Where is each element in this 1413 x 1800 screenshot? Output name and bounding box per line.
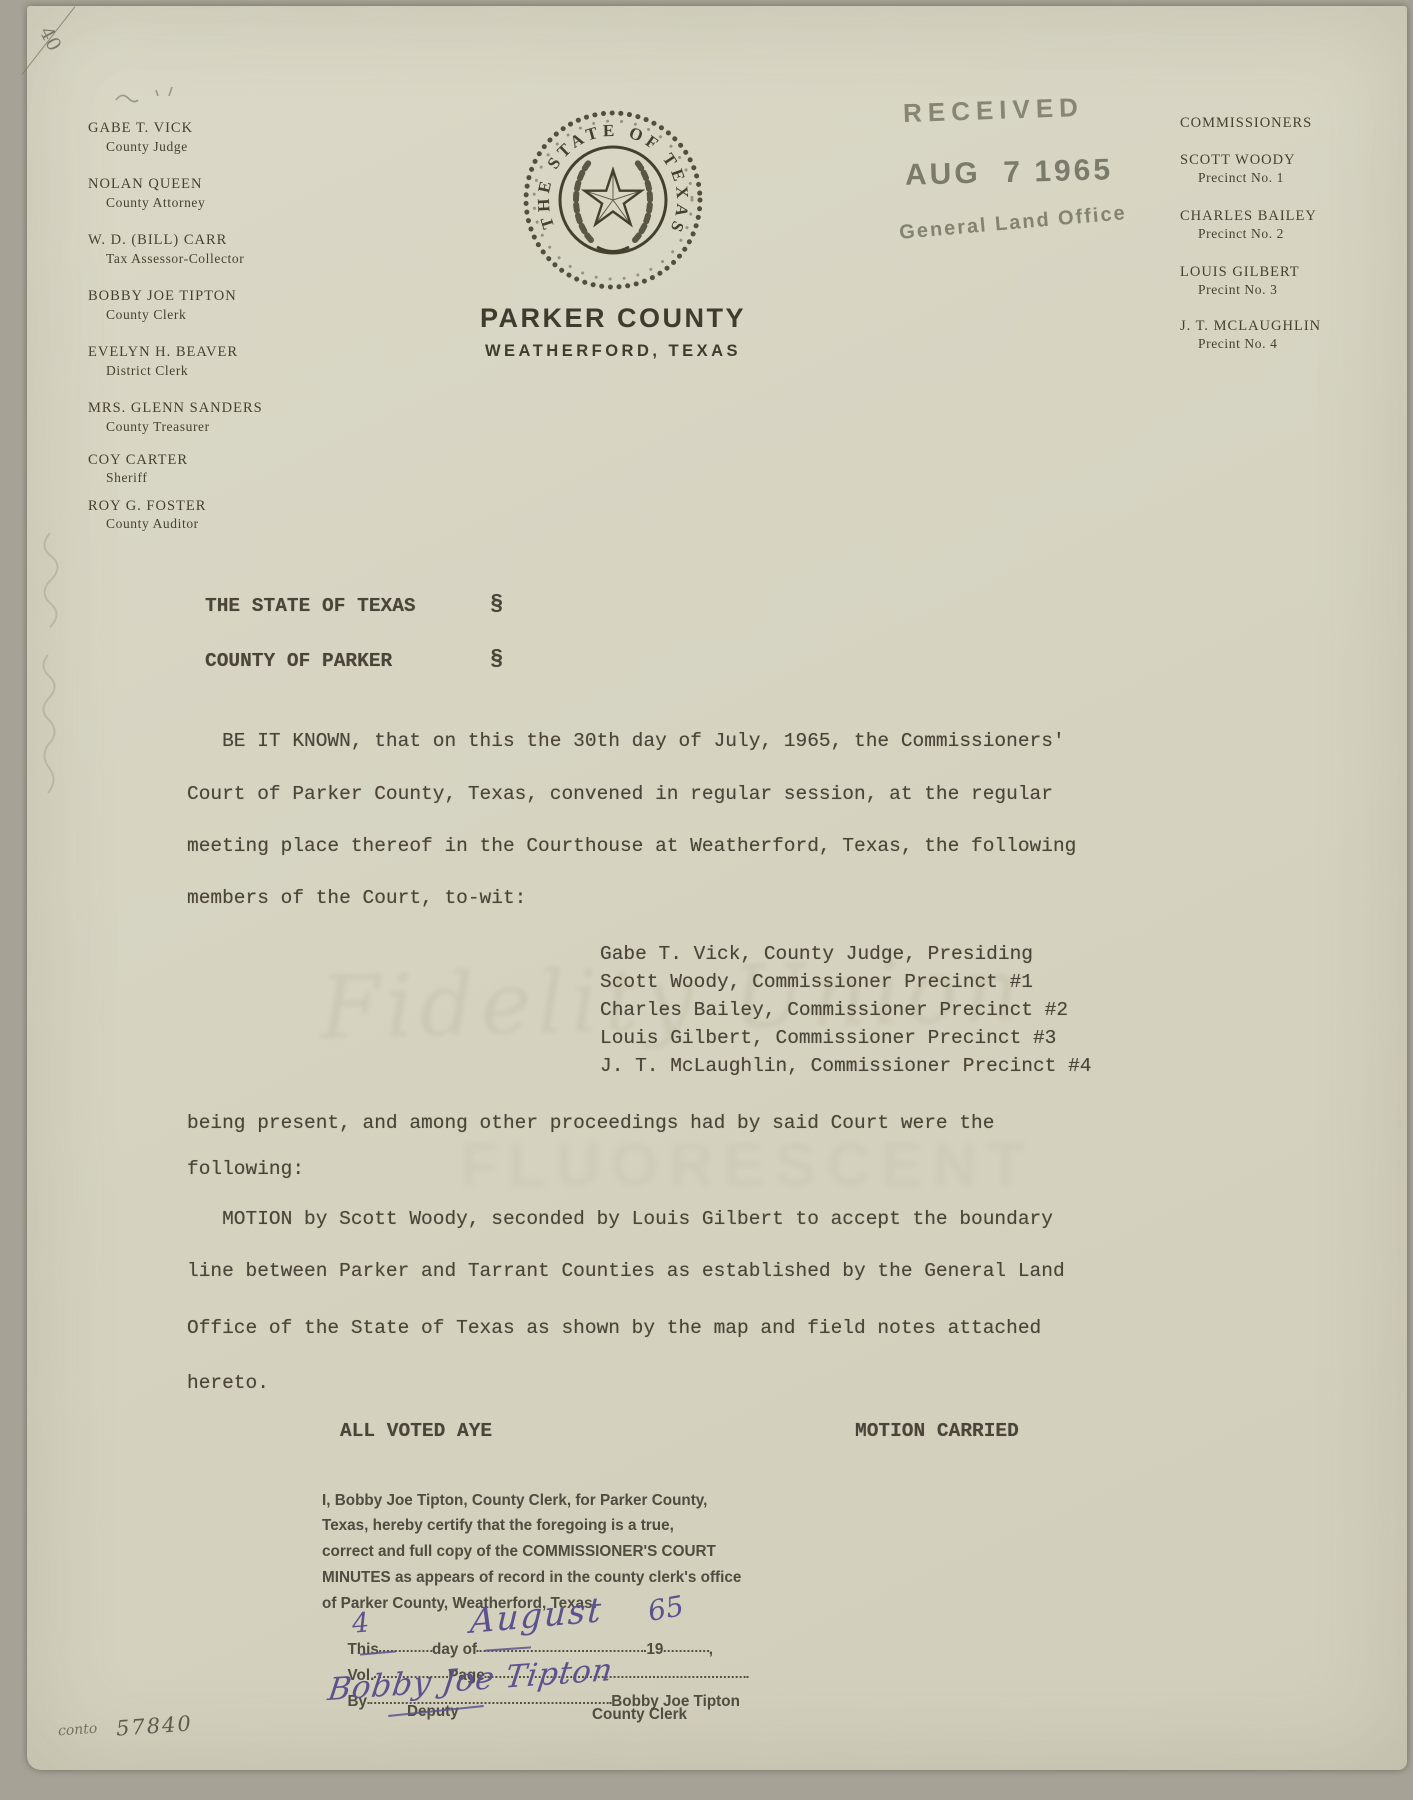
body-line: MOTION by Scott Woody, seconded by Louis… — [187, 1208, 1053, 1230]
handwritten-year: 65 — [645, 1589, 686, 1628]
official-name: NOLAN QUEEN — [88, 176, 203, 193]
body-line: members of the Court, to-wit: — [187, 887, 526, 909]
body-line: hereto. — [187, 1372, 269, 1394]
official-name: GABE T. VICK — [88, 120, 193, 137]
body-line: being present, and among other proceedin… — [187, 1112, 994, 1134]
body-line: following: — [187, 1158, 304, 1180]
faint-margin-writing — [20, 525, 72, 835]
official-title: County Clerk — [106, 307, 186, 323]
official-title: Tax Assessor-Collector — [106, 251, 244, 267]
county-city: WEATHERFORD, TEXAS — [433, 342, 793, 361]
body-line: BE IT KNOWN, that on this the 30th day o… — [187, 730, 1065, 752]
caption-state-mark: § — [490, 592, 503, 617]
pencil-scribble — [110, 82, 190, 108]
court-member: J. T. McLaughlin, Commissioner Precinct … — [600, 1055, 1091, 1077]
commissioner-name: LOUIS GILBERT — [1180, 264, 1300, 281]
commissioner-title: Precinct No. 1 — [1198, 170, 1284, 186]
corner-note-prefix: conto — [57, 1721, 97, 1740]
vote-result-left: ALL VOTED AYE — [340, 1420, 492, 1442]
official-title: County Treasurer — [106, 419, 210, 435]
texas-state-seal: THE STATE OF TEXAS — [513, 100, 713, 300]
certification-line: Texas, hereby certify that the foregoing… — [322, 1517, 674, 1535]
caption-state: THE STATE OF TEXAS — [205, 595, 416, 617]
official-name: EVELYN H. BEAVER — [88, 344, 238, 361]
official-name: ROY G. FOSTER — [88, 498, 206, 515]
received-stamp-date: AUG 7 1965 — [905, 153, 1114, 192]
commissioner-name: SCOTT WOODY — [1180, 152, 1296, 169]
body-line: line between Parker and Tarrant Counties… — [187, 1260, 1065, 1282]
official-title: County Judge — [106, 139, 188, 155]
body-line: Court of Parker County, Texas, convened … — [187, 783, 1053, 805]
commissioner-title: Precint No. 3 — [1198, 282, 1277, 298]
official-title: County Auditor — [106, 516, 199, 532]
commissioners-header: COMMISSIONERS — [1180, 115, 1312, 132]
commissioner-title: Precinct No. 2 — [1198, 226, 1284, 242]
official-name: COY CARTER — [88, 452, 188, 469]
commissioner-name: CHARLES BAILEY — [1180, 208, 1317, 225]
official-name: BOBBY JOE TIPTON — [88, 288, 237, 305]
county-name: PARKER COUNTY — [433, 303, 793, 334]
clerk-title: County Clerk — [592, 1706, 687, 1724]
received-stamp-line: RECEIVED — [903, 92, 1085, 129]
caption-county-mark: § — [490, 647, 503, 672]
court-member: Scott Woody, Commissioner Precinct #1 — [600, 971, 1033, 993]
scanned-document: Fidelity Union FLUORESCENT 40 GABE T. VI… — [0, 0, 1413, 1800]
commissioner-name: J. T. MCLAUGHLIN — [1180, 318, 1321, 335]
vote-result-right: MOTION CARRIED — [855, 1420, 1019, 1442]
body-line: meeting place thereof in the Courthouse … — [187, 835, 1076, 857]
commissioner-title: Precint No. 4 — [1198, 336, 1277, 352]
court-member: Gabe T. Vick, County Judge, Presiding — [600, 943, 1033, 965]
official-name: MRS. GLENN SANDERS — [88, 400, 263, 417]
certification-line: I, Bobby Joe Tipton, County Clerk, for P… — [322, 1492, 707, 1510]
court-member: Louis Gilbert, Commissioner Precinct #3 — [600, 1027, 1056, 1049]
body-line: Office of the State of Texas as shown by… — [187, 1317, 1041, 1339]
certification-line: correct and full copy of the COMMISSIONE… — [322, 1543, 716, 1561]
official-name: W. D. (BILL) CARR — [88, 232, 227, 249]
caption-county: COUNTY OF PARKER — [205, 650, 392, 672]
certification-line: MINUTES as appears of record in the coun… — [322, 1569, 741, 1587]
official-title: District Clerk — [106, 363, 188, 379]
handwritten-day: 4 — [351, 1607, 371, 1639]
official-title: Sheriff — [106, 470, 147, 486]
official-title: County Attorney — [106, 195, 205, 211]
court-member: Charles Bailey, Commissioner Precinct #2 — [600, 999, 1068, 1021]
